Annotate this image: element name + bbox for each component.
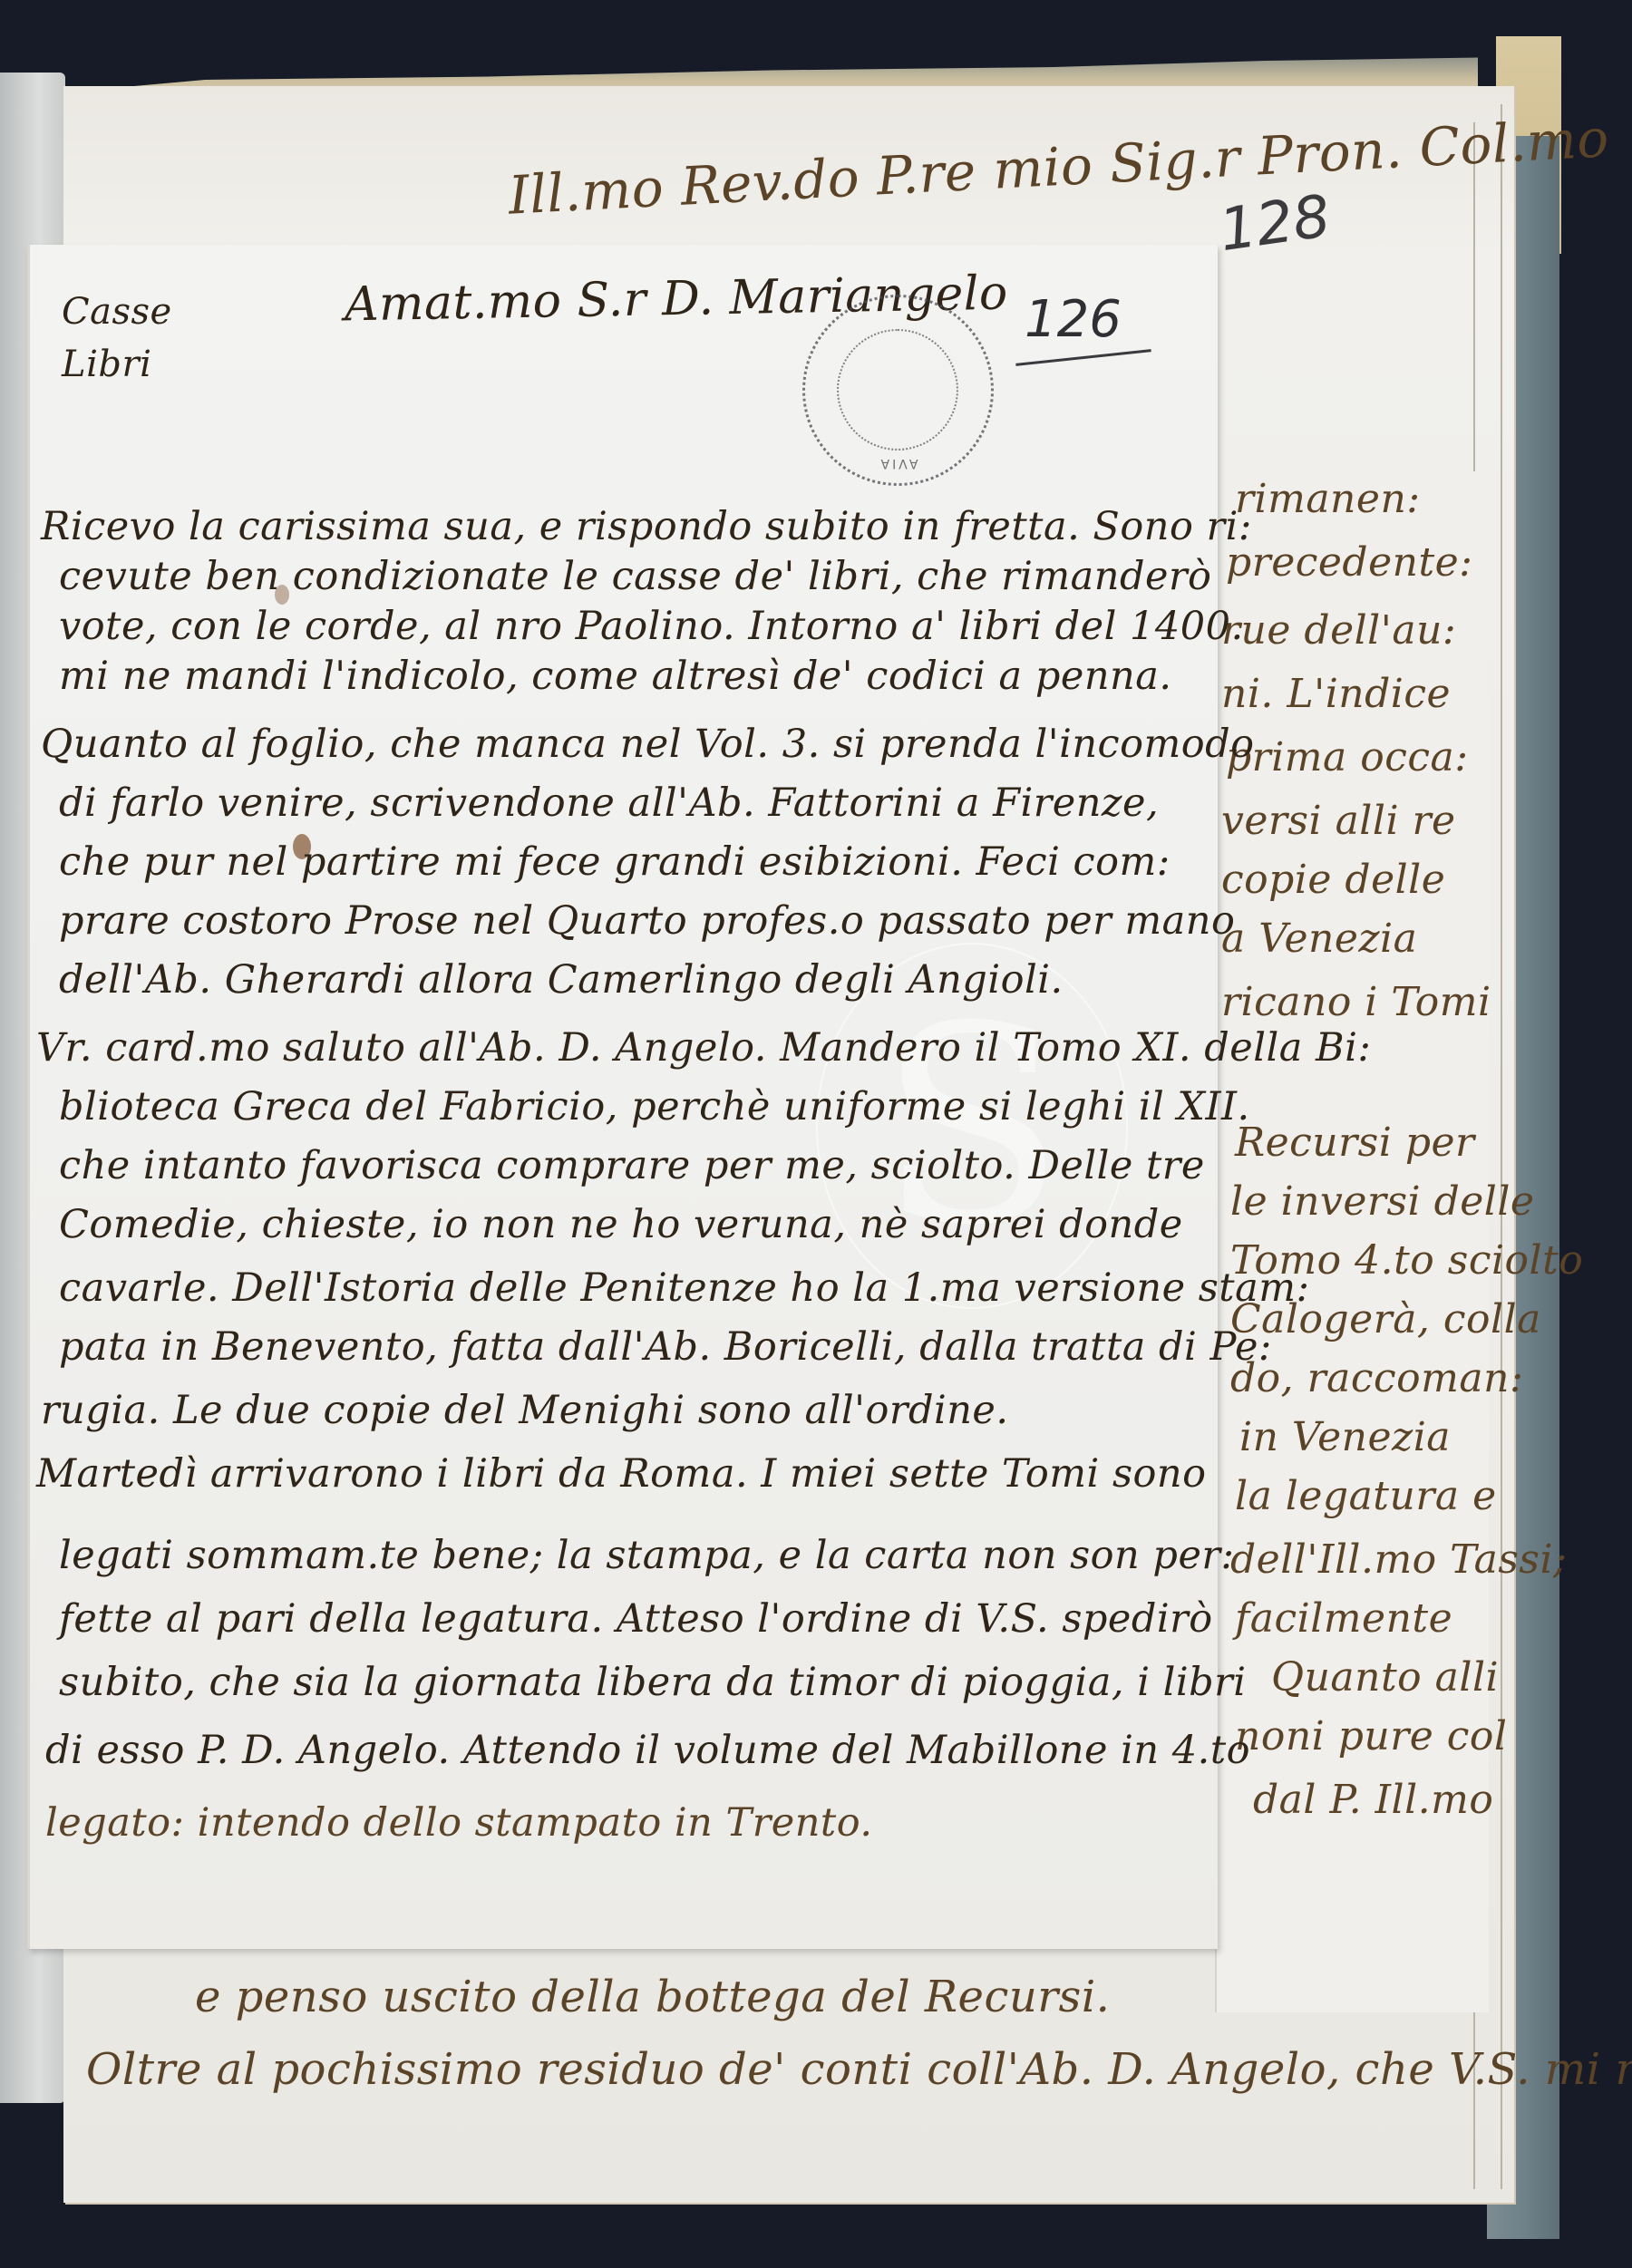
letter-line: che pur nel partire mi fece grandi esibi… [59,838,1171,886]
right-column-line: do, raccoman: [1230,1355,1523,1402]
right-column-line: facilmente [1235,1595,1452,1643]
letter-line: Martedì arrivarono i libri da Roma. I mi… [36,1450,1207,1497]
folio-number-126: 126 [1025,290,1122,349]
right-column-line: precedente: [1226,539,1473,586]
letter-line: cavarle. Dell'Istoria delle Penitenze ho… [59,1265,1309,1312]
right-column-line: Recursi per [1235,1119,1475,1167]
letter-line: Quanto al foglio, che manca nel Vol. 3. … [41,721,1255,768]
right-column-line: rue dell'au: [1221,607,1456,654]
letter-line: vote, con le corde, al nro Paolino. Into… [59,603,1244,650]
letter-line: di farlo venire, scrivendone all'Ab. Fat… [59,780,1159,827]
letter-line: legato: intendo dello stampato in Trento… [45,1799,873,1846]
letter-line: dell'Ab. Gherardi allora Camerlingo degl… [59,956,1064,1003]
margin-note-line: Casse [62,286,172,338]
outer-letter-bottom-line: Oltre al pochissimo residuo de' conti co… [86,2044,1632,2095]
letter-line: Comedie, chieste, io non ne ho veruna, n… [59,1201,1183,1248]
right-column-line: a Venezia [1221,916,1417,963]
right-column-line: le inversi delle [1230,1178,1534,1226]
right-column-line: la legatura e [1235,1473,1497,1520]
letter-line: che intanto favorisca comprare per me, s… [59,1142,1205,1189]
right-column-line: ricano i Tomi [1221,979,1491,1026]
right-column-line: dal P. Ill.mo [1253,1777,1493,1824]
letter-line: blioteca Greca del Fabricio, perchè unif… [59,1083,1250,1130]
stamp-text: AVIA [805,456,991,470]
right-column-line: dell'Ill.mo Tassi; [1230,1536,1567,1584]
letter-line: mi ne mandi l'indicolo, come altresì de'… [59,653,1172,700]
right-column-line: copie delle [1221,857,1445,904]
stamp-inner-ring [837,329,958,451]
margin-note: Casse Libri [62,286,172,391]
right-column-line: rimanen: [1235,476,1421,523]
letter-line: pata in Benevento, fatta dall'Ab. Borice… [59,1323,1272,1371]
outer-letter-bottom-line: e penso uscito della bottega del Recursi… [195,1972,1110,2022]
letter-line: Ricevo la carissima sua, e rispondo subi… [41,503,1252,550]
letter-line: prare costoro Prose nel Quarto profes.o … [59,897,1235,945]
page-edge-line [1501,104,1502,2189]
right-column-line: in Venezia [1239,1414,1451,1461]
letter-line: cevute ben condizionate le casse de' lib… [59,553,1211,600]
letter-line: di esso P. D. Angelo. Attendo il volume … [45,1727,1250,1774]
right-column-line: versi alli re [1221,798,1456,845]
outer-letter-right-column: rimanen: precedente: rue dell'au: ni. L'… [1215,471,1489,2012]
letter-line: Vr. card.mo saluto all'Ab. D. Angelo. Ma… [36,1024,1371,1071]
right-column-line: ni. L'indice [1221,671,1451,718]
letter-line: fette al pari della legatura. Atteso l'o… [59,1595,1213,1643]
letter-line: subito, che sia la giornata libera da ti… [59,1659,1247,1706]
right-column-line: noni pure col [1235,1713,1508,1760]
right-column-line: prima occa: [1226,734,1469,781]
right-column-line: Quanto alli [1271,1654,1499,1701]
letter-line: legati sommam.te bene; la stampa, e la c… [59,1532,1234,1579]
letter-line: rugia. Le due copie del Menighi sono all… [41,1387,1009,1434]
archive-stamp-icon: AVIA [802,295,994,486]
margin-note-line: Libri [62,338,172,391]
